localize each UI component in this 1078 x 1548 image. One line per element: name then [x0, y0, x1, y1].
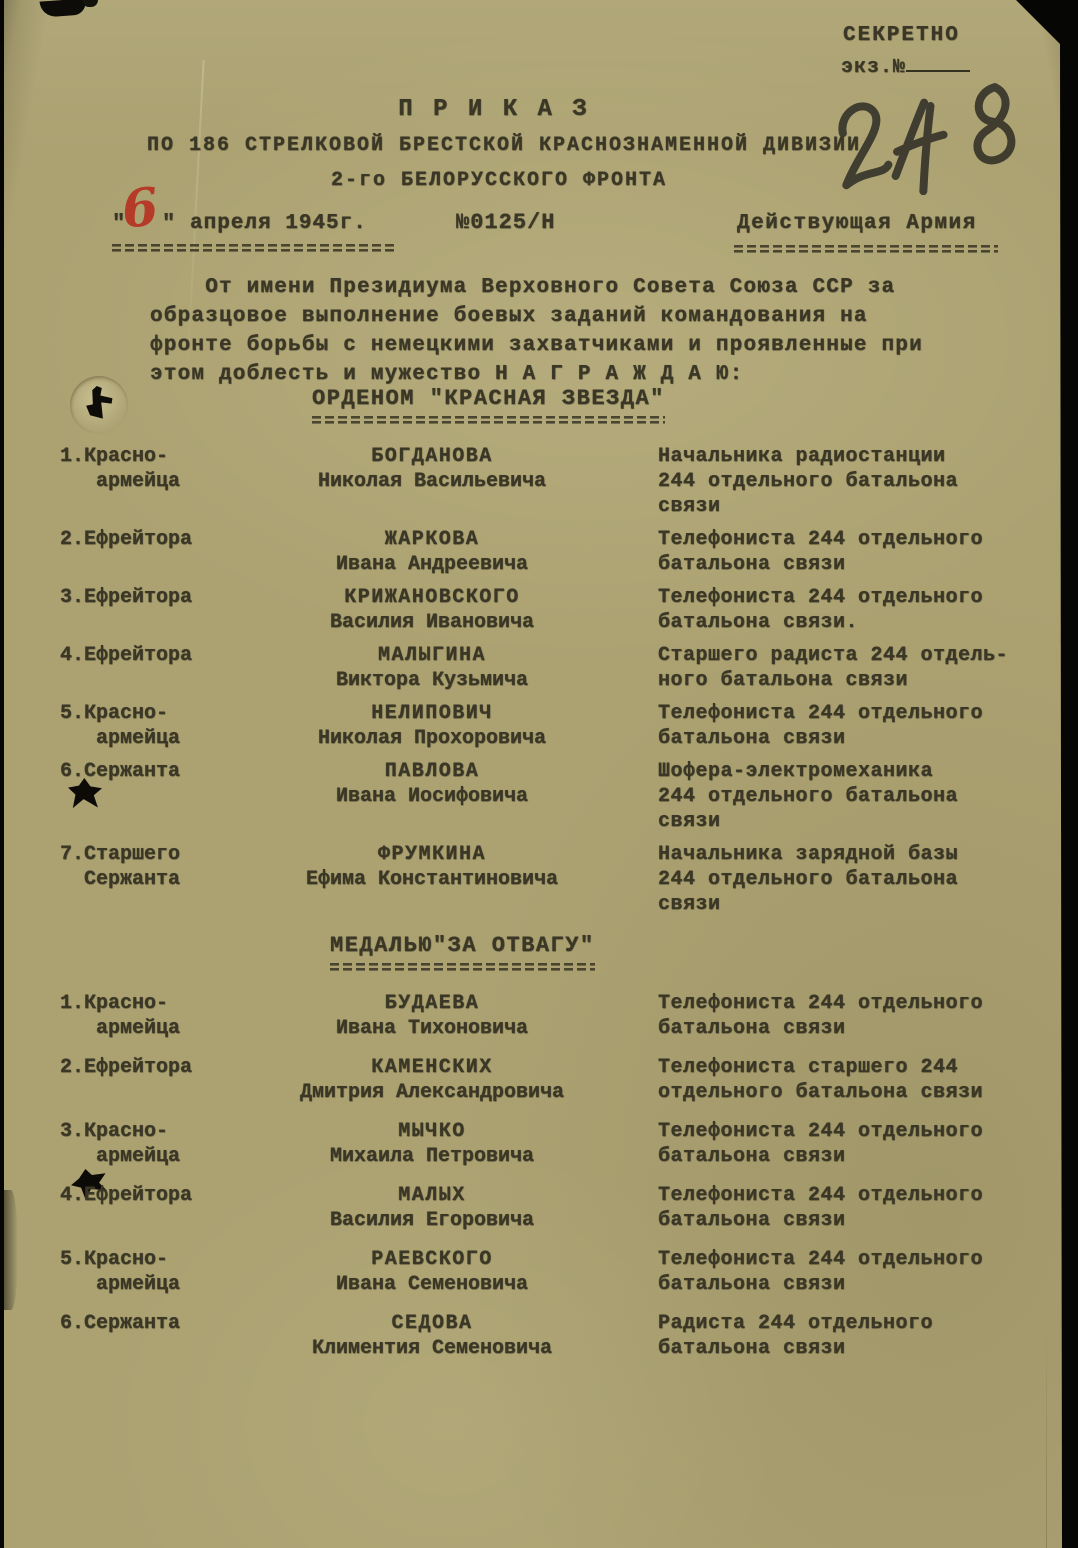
order-number: №0125/Н [456, 210, 555, 235]
award-entry: 5.Красно- армейцаНЕЛИПОВИЧНиколая Прохор… [4, 701, 1048, 751]
scanned-order-document: { "header": { "classification": "СЕКРЕТН… [0, 0, 1078, 1548]
entry-surname: РАЕВСКОГО [238, 1247, 626, 1272]
entry-rank-block: 4.Ефрейтора [60, 1183, 238, 1233]
award-entry: 6.СержантаПАВЛОВАИвана ИосифовичаШофера-… [4, 759, 1048, 834]
entry-surname: КАМЕНСКИХ [238, 1055, 626, 1080]
handwritten-day: 6 [119, 176, 161, 240]
entry-rank: Ефрейтора [84, 1183, 192, 1233]
paper-sheet: СЕКРЕТНО экз.№ П Р И К А З ПО 186 СТРЕЛК… [4, 0, 1062, 1548]
entry-number: 2. [60, 1055, 84, 1105]
ink-stain-top-edge-small [82, 0, 98, 7]
entry-name-block: БУДАЕВАИвана Тихоновича [238, 991, 626, 1041]
entry-name-block: МАЛЫХВасилия Егоровича [238, 1183, 626, 1233]
entry-rank-block: 3.Красно- армейца [60, 1119, 238, 1169]
entry-given-name: Ивана Семеновича [238, 1272, 626, 1297]
entry-number: 3. [60, 1119, 84, 1169]
entry-position: Начальника радиостанции 244 отдельного б… [626, 444, 958, 519]
award-section: МЕДАЛЬЮ"ЗА ОТВАГУ"1.Красно- армейцаБУДАЕ… [4, 925, 1048, 1361]
date-underline [112, 243, 398, 252]
entry-surname: МЫЧКО [238, 1119, 626, 1144]
award-entry: 1.Красно- армейцаБОГДАНОВАНиколая Василь… [4, 444, 1048, 519]
entry-given-name: Михаила Петровича [238, 1144, 626, 1169]
entry-position: Радиста 244 отдельного батальона связи [626, 1311, 933, 1361]
entry-given-name: Климентия Семеновича [238, 1336, 626, 1361]
entry-number: 5. [60, 1247, 84, 1297]
entry-rank-block: 6.Сержанта [60, 1311, 238, 1361]
entry-surname: ФРУМКИНА [238, 842, 626, 867]
entry-name-block: КАМЕНСКИХДмитрия Александровича [238, 1055, 626, 1105]
entry-name-block: ФРУМКИНАЕфима Константиновича [238, 842, 626, 917]
entry-surname: МАЛЫХ [238, 1183, 626, 1208]
entry-name-block: ЖАРКОВАИвана Андреевича [238, 527, 626, 577]
section-title: ОРДЕНОМ "КРАСНАЯ ЗВЕЗДА" [312, 386, 665, 411]
entry-rank: Ефрейтора [84, 643, 192, 693]
section-title: МЕДАЛЬЮ"ЗА ОТВАГУ" [330, 933, 595, 958]
entry-rank: Ефрейтора [84, 1055, 192, 1105]
entry-name-block: НЕЛИПОВИЧНиколая Прохоровича [238, 701, 626, 751]
entry-surname: МАЛЫГИНА [238, 643, 626, 668]
entry-name-block: РАЕВСКОГОИвана Семеновича [238, 1247, 626, 1297]
entry-surname: КРИЖАНОВСКОГО [238, 585, 626, 610]
entry-position: Телефониста 244 отдельного батальона свя… [626, 701, 983, 751]
date-close-quote: " [162, 211, 175, 236]
entry-rank-block: 1.Красно- армейца [60, 991, 238, 1041]
section-title-underline [330, 962, 595, 971]
entry-rank-block: 5.Красно- армейца [60, 1247, 238, 1297]
award-entry: 5.Красно- армейцаРАЕВСКОГОИвана Семенови… [4, 1247, 1048, 1297]
entry-rank-block: 7.Старшего Сержанта [60, 842, 238, 917]
entry-rank: Ефрейтора [84, 585, 192, 635]
entry-number: 5. [60, 701, 84, 751]
section-title-underline [312, 415, 665, 424]
entry-number: 4. [60, 643, 84, 693]
entry-rank: Красно- армейца [84, 444, 180, 519]
entry-rank: Красно- армейца [84, 1247, 180, 1297]
award-entry: 2.ЕфрейтораЖАРКОВАИвана АндреевичаТелефо… [4, 527, 1048, 577]
order-title: П Р И К А З [4, 96, 984, 123]
entry-surname: НЕЛИПОВИЧ [238, 701, 626, 726]
entry-number: 1. [60, 991, 84, 1041]
award-entry: 3.Красно- армейцаМЫЧКОМихаила ПетровичаТ… [4, 1119, 1048, 1169]
army-underline [734, 244, 998, 253]
entry-given-name: Василия Ивановича [238, 610, 626, 635]
entry-surname: ПАВЛОВА [238, 759, 626, 784]
entry-position: Телефониста 244 отдельного батальона свя… [626, 585, 983, 635]
entry-surname: БУДАЕВА [238, 991, 626, 1016]
entry-position: Телефониста 244 отдельного батальона свя… [626, 1119, 983, 1169]
classification-stamp: СЕКРЕТНО [843, 24, 960, 47]
entry-rank-block: 1.Красно- армейца [60, 444, 238, 519]
entry-rank-block: 2.Ефрейтора [60, 527, 238, 577]
award-entry: 2.ЕфрейтораКАМЕНСКИХДмитрия Александрови… [4, 1055, 1048, 1105]
preamble-text: От имени Президиума Верховного Совета Со… [150, 273, 923, 389]
entry-given-name: Ивана Тихоновича [238, 1016, 626, 1041]
entry-rank-block: 4.Ефрейтора [60, 643, 238, 693]
entry-position: Начальника зарядной базы 244 отдельного … [626, 842, 958, 917]
entry-rank: Старшего Сержанта [84, 842, 180, 917]
entry-surname: СЕДОВА [238, 1311, 626, 1336]
entry-given-name: Ефима Константиновича [238, 867, 626, 892]
entry-name-block: ПАВЛОВАИвана Иосифовича [238, 759, 626, 834]
section-heading: ОРДЕНОМ "КРАСНАЯ ЗВЕЗДА" [312, 386, 665, 424]
award-entry: 4.ЕфрейтораМАЛЫГИНАВиктора КузьмичаСтарш… [4, 643, 1048, 693]
entry-number: 3. [60, 585, 84, 635]
entry-rank: Сержанта [84, 759, 180, 834]
entry-given-name: Николая Васильевича [238, 469, 626, 494]
entry-position: Телефониста 244 отдельного батальона свя… [626, 1183, 983, 1233]
award-entry: 7.Старшего СержантаФРУМКИНАЕфима Констан… [4, 842, 1048, 917]
entry-surname: БОГДАНОВА [238, 444, 626, 469]
entry-rank-block: 6.Сержанта [60, 759, 238, 834]
award-entry: 1.Красно- армейцаБУДАЕВАИвана Тихоновича… [4, 991, 1048, 1041]
award-section: ОРДЕНОМ "КРАСНАЯ ЗВЕЗДА"1.Красно- армейц… [4, 386, 1048, 917]
entry-rank: Красно- армейца [84, 701, 180, 751]
entry-number: 2. [60, 527, 84, 577]
entry-number: 1. [60, 444, 84, 519]
ink-stain-top-edge [39, 0, 86, 18]
award-entry: 4.ЕфрейтораМАЛЫХВасилия ЕгоровичаТелефон… [4, 1183, 1048, 1233]
entry-rank: Красно- армейца [84, 1119, 180, 1169]
entry-position: Телефониста 244 отдельного батальона свя… [626, 1247, 983, 1297]
entry-given-name: Николая Прохоровича [238, 726, 626, 751]
entry-position: Телефониста 244 отдельного батальона свя… [626, 527, 983, 577]
entry-number: 6. [60, 1311, 84, 1361]
entry-number: 7. [60, 842, 84, 917]
entry-name-block: СЕДОВАКлиментия Семеновича [238, 1311, 626, 1361]
entry-given-name: Дмитрия Александровича [238, 1080, 626, 1105]
award-entry: 3.ЕфрейтораКРИЖАНОВСКОГОВасилия Иванович… [4, 585, 1048, 635]
entry-surname: ЖАРКОВА [238, 527, 626, 552]
entry-rank: Ефрейтора [84, 527, 192, 577]
date-month-year: апреля 1945г. [190, 212, 367, 235]
entry-rank: Сержанта [84, 1311, 180, 1361]
entry-position: Телефониста 244 отдельного батальона свя… [626, 991, 983, 1041]
entry-given-name: Ивана Андреевича [238, 552, 626, 577]
entry-number: 4. [60, 1183, 84, 1233]
section-heading: МЕДАЛЬЮ"ЗА ОТВАГУ" [330, 933, 595, 971]
army-designation: Действующая Армия [737, 212, 977, 235]
entry-given-name: Василия Егоровича [238, 1208, 626, 1233]
entry-name-block: МЫЧКОМихаила Петровича [238, 1119, 626, 1169]
entry-number: 6. [60, 759, 84, 834]
award-sections: ОРДЕНОМ "КРАСНАЯ ЗВЕЗДА"1.Красно- армейц… [4, 386, 1048, 1375]
entry-name-block: БОГДАНОВАНиколая Васильевича [238, 444, 626, 519]
entry-name-block: КРИЖАНОВСКОГОВасилия Ивановича [238, 585, 626, 635]
entry-position: Старшего радиста 244 отдель- ного баталь… [626, 643, 1008, 693]
entry-rank: Красно- армейца [84, 991, 180, 1041]
entry-rank-block: 2.Ефрейтора [60, 1055, 238, 1105]
entry-given-name: Ивана Иосифовича [238, 784, 626, 809]
entry-position: Шофера-электромеханика 244 отдельного ба… [626, 759, 958, 834]
entry-position: Телефониста старшего 244 отдельного бата… [626, 1055, 983, 1105]
award-entry: 6.СержантаСЕДОВАКлиментия СеменовичаРади… [4, 1311, 1048, 1361]
entry-given-name: Виктора Кузьмича [238, 668, 626, 693]
entry-rank-block: 5.Красно- армейца [60, 701, 238, 751]
entry-name-block: МАЛЫГИНАВиктора Кузьмича [238, 643, 626, 693]
entry-rank-block: 3.Ефрейтора [60, 585, 238, 635]
division-line: ПО 186 СТРЕЛКОВОЙ БРЕСТСКОЙ КРАСНОЗНАМЕН… [4, 134, 1004, 157]
